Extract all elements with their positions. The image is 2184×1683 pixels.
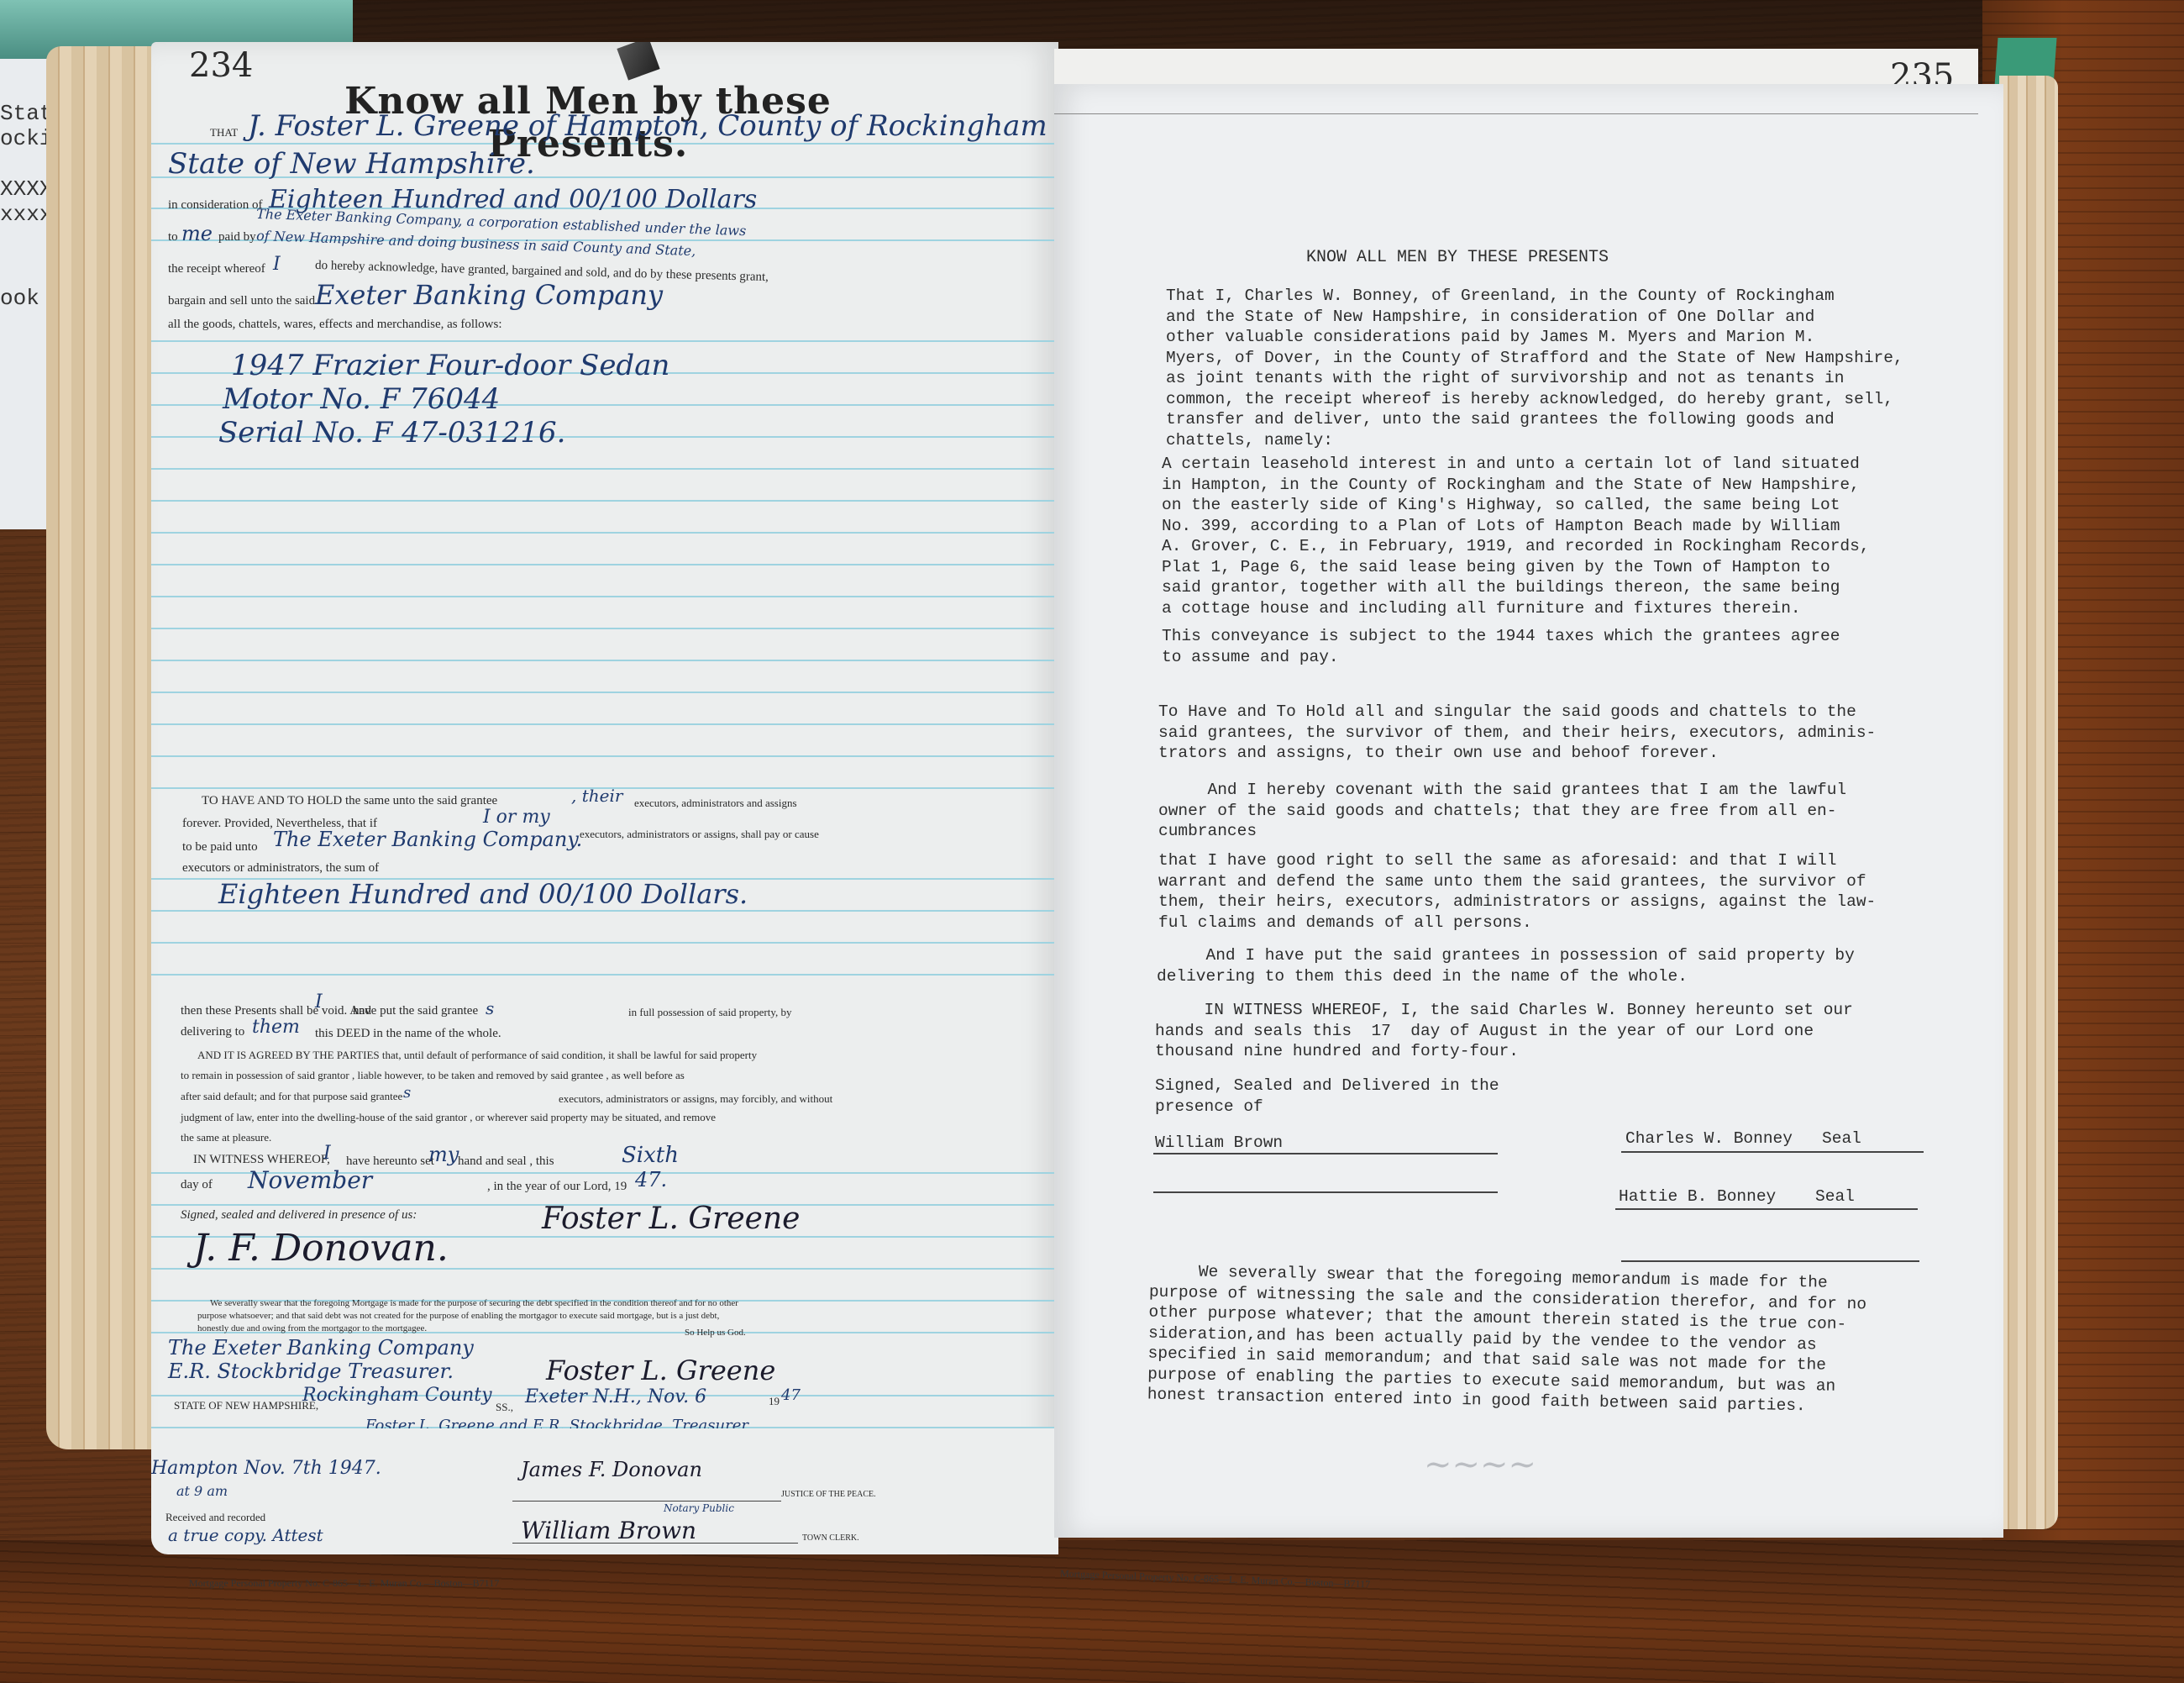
paragraph-conveyance: That I, Charles W. Bonney, of Greenland,… [1166,286,1903,450]
ruled-line [151,755,1058,757]
typed-line: And I have put the said grantees in poss… [1157,945,1855,966]
witness-name: William Brown [1155,1133,1283,1154]
ruled-line [151,628,1058,629]
oath-year-handwritten: 47 [781,1386,801,1404]
witness-label-c: hand and seal , this [458,1154,554,1169]
typed-line: transfer and deliver, unto the said gran… [1166,409,1903,430]
agreed-line-1: AND IT IS AGREED BY THE PARTIES that, un… [197,1049,757,1062]
grantor-state-handwritten: State of New Hampshire. [168,147,535,181]
paragraph-witness-whereof: IN WITNESS WHEREOF, I, the said Charles … [1155,1000,1853,1062]
signed-in-presence-label: Signed, sealed and delivered in presence… [181,1208,417,1223]
left-page-stack [46,46,160,1449]
typed-line: That I, Charles W. Bonney, of Greenland,… [1166,286,1903,307]
goods-line-3: Serial No. F 47-031216. [218,416,565,450]
typed-line: ful claims and demands of all persons. [1158,913,1876,934]
typed-line: trators and assigns, to their own use an… [1158,743,1876,764]
oath-sig-treasurer: E.R. Stockbridge Treasurer. [168,1360,454,1383]
typed-line: warrant and defend the same unto them th… [1158,871,1876,892]
typed-line: Myers, of Dover, in the County of Straff… [1166,348,1903,369]
typed-line: owner of the said goods and chattels; th… [1158,801,1846,822]
so-help-us-god: So Help us God. [685,1328,746,1338]
have-hold-handwritten-2: I or my [483,807,550,828]
day-of-label: day of [181,1178,213,1192]
void-line-c: in full possession of said property, by [628,1006,792,1019]
witness-day-handwritten: Sixth [622,1143,679,1168]
ruled-line [151,942,1058,944]
paragraph-have-hold: To Have and To Hold all and singular the… [1158,702,1876,764]
received-time-handwritten: at 9 am [176,1483,228,1499]
typed-line: on the easterly side of King's Highway, … [1162,495,1870,516]
signatory-1: Charles W. Bonney Seal [1625,1128,1861,1149]
paragraph-warrant: that I have good right to sell the same … [1158,850,1876,933]
signatory-2: Hattie B. Bonney Seal [1619,1186,1855,1207]
agreed-line-3b: executors, administrators or assigns, ma… [559,1092,832,1106]
oath-year-label: 19 [769,1395,780,1408]
typed-line: common, the receipt whereof is hereby ac… [1166,389,1903,410]
agreed-line-2: to remain in possession of said grantor … [181,1069,685,1082]
page-fold-line [1054,113,1978,114]
oath-sig-company: The Exeter Banking Company [168,1336,474,1360]
delivering-handwritten: them [252,1017,300,1038]
have-hold-line-4: executors or administrators, the sum of [182,861,379,876]
to-label: to [168,230,178,245]
witness-signature-line [1153,1153,1498,1154]
void-handwritten-2: s [486,998,494,1018]
witness-handwritten-2: my [428,1143,459,1166]
grantor-signature: Foster L. Greene [542,1202,800,1236]
oath-place-handwritten: Exeter N.H., Nov. 6 [525,1386,706,1407]
typed-line: cumbrances [1158,821,1846,842]
paragraph-covenant: And I hereby covenant with the said gran… [1158,780,1846,842]
void-handwritten-1: I [315,991,323,1012]
ruled-line [151,564,1058,565]
justice-signature: James F. Donovan [521,1458,702,1481]
typed-line: Signed, Sealed and Delivered in the [1155,1076,1499,1097]
typed-line: presence of [1155,1097,1499,1118]
paragraph-memorandum-oath: We severally swear that the foregoing me… [1147,1261,1867,1417]
ruled-line [151,340,1058,342]
left-page-bottom: Hampton Nov. 7th 1947. at 9 am Received … [151,1428,1058,1554]
month-handwritten: November [248,1166,372,1194]
typed-line: other valuable considerations paid by Ja… [1166,327,1903,348]
have-hold-line-1b: executors, administrators and assigns [634,797,797,810]
paid-by-label: paid by [218,230,256,245]
paragraph-possession: And I have put the said grantees in poss… [1157,945,1855,986]
have-hold-line-2b: executors, administrators or assigns, sh… [580,828,819,841]
payee-handwritten: The Exeter Banking Company. [273,828,582,851]
town-clerk-label: TOWN CLERK. [802,1533,859,1543]
typed-line: Plat 1, Page 6, the said lease being giv… [1162,557,1870,578]
agreed-line-3: after said default; and for that purpose… [181,1090,402,1103]
binder-clip [617,42,659,81]
oath-line-3: honestly due and owing from the mortgago… [197,1323,427,1333]
typed-line: thousand nine hundred and forty-four. [1155,1041,1853,1062]
faint-pencil-mark: ~~~~ [1424,1445,1536,1484]
received-label: Received and recorded [165,1511,265,1524]
year-label: , in the year of our Lord, 19 [487,1180,627,1194]
clerk-signature-line [512,1543,798,1544]
received-place-handwritten: Hampton Nov. 7th 1947. [151,1458,381,1479]
typed-line: hands and seals this 17 day of August in… [1155,1021,1853,1042]
delivering-line-b: this DEED in the name of the whole. [315,1027,501,1041]
agreed-line-5: the same at pleasure. [181,1131,271,1144]
have-hold-line-3: to be paid unto [182,840,258,855]
bargain-handwritten: Exeter Banking Company [315,279,663,311]
signatory-1-line [1621,1151,1924,1153]
oath-sig-grantor: Foster L. Greene [546,1354,775,1386]
typed-line: them, their heirs, executors, administra… [1158,891,1876,913]
ruled-line [151,692,1058,693]
agreed-line-4: judgment of law, enter into the dwelling… [181,1111,716,1124]
typed-line: chattels, namely: [1166,430,1903,451]
typed-line: to assume and pay. [1162,647,1840,668]
witness-handwritten-1: I [323,1143,331,1164]
ruled-line [151,910,1058,912]
goods-line-2: Motor No. F 76044 [223,382,500,416]
ss-label: SS., [496,1401,513,1414]
third-signature-line [1621,1260,1919,1262]
ruled-line [151,723,1058,725]
clerk-signature: William Brown [521,1517,696,1544]
state-label: STATE OF NEW HAMPSHIRE, [174,1399,318,1412]
ruled-line [151,532,1058,534]
that-label: THAT [210,126,238,139]
typed-line: said grantees, the survivor of them, and… [1158,723,1876,744]
typed-line: No. 399, according to a Plan of Lots of … [1162,516,1870,537]
delivering-line: delivering to [181,1025,244,1039]
agreed-handwritten: s [403,1084,411,1102]
void-line-b: have put the said grantee [353,1004,478,1018]
typed-line: To Have and To Hold all and singular the… [1158,702,1876,723]
ruled-line [151,500,1058,502]
grantor-handwritten: J. Foster L. Greene of Hampton, County o… [248,109,1047,143]
county-handwritten: Rockingham County [302,1385,492,1406]
goods-line-1: 1947 Frazier Four-door Sedan [231,349,669,382]
typed-line: as joint tenants with the right of survi… [1166,368,1903,389]
second-witness-line [1153,1191,1498,1193]
typed-line: in Hampton, in the County of Rockingham … [1162,475,1870,496]
typed-line: said grantor, together with all the buil… [1162,577,1870,598]
ruled-line [151,660,1058,661]
left-page-234: 234 Know all Men by these Presents. THAT… [151,42,1058,1496]
justice-sub-handwritten: Notary Public [664,1502,734,1514]
signatory-2-line [1615,1208,1918,1210]
ruled-line [151,596,1058,597]
goods-label: all the goods, chattels, wares, effects … [168,318,502,332]
right-page-235: KNOW ALL MEN BY THESE PRESENTS That I, C… [1054,84,2003,1538]
oath-line-2: purpose whatsoever; and that said debt w… [197,1311,719,1321]
typed-line: delivering to them this deed in the name… [1157,966,1855,987]
typed-line: IN WITNESS WHEREOF, I, the said Charles … [1155,1000,1853,1021]
typed-line: that I have good right to sell the same … [1158,850,1876,871]
typed-line: and the State of New Hampshire, in consi… [1166,307,1903,328]
have-hold-handwritten-1: , their [571,786,622,806]
witness-label: IN WITNESS WHEREOF, [193,1153,330,1167]
ruled-line [151,468,1058,470]
receipt-label: the receipt whereof [168,262,265,276]
typed-line: This conveyance is subject to the 1944 t… [1162,626,1840,647]
typed-heading: KNOW ALL MEN BY THESE PRESENTS [1306,248,1609,269]
left-page-imprint: Mortgage Personal Property No. C-865—L. … [189,1577,499,1590]
consideration-label: in consideration of [168,198,262,213]
paragraph-leasehold: A certain leasehold interest in and unto… [1162,454,1870,618]
year-handwritten: 47. [635,1168,667,1191]
ruled-line [151,974,1058,976]
attest-handwritten: a true copy. Attest [168,1525,323,1545]
witness-signature: J. F. Donovan. [193,1227,449,1270]
wood-table-bottom [0,1540,2184,1683]
bargain-label: bargain and sell unto the said [168,294,315,308]
oath-line-1: We severally swear that the foregoing Mo… [210,1298,738,1308]
justice-label: JUSTICE OF THE PEACE. [781,1490,876,1499]
typed-line: a cottage house and including all furnit… [1162,598,1870,619]
typed-line: A. Grover, C. E., in February, 1919, and… [1162,536,1870,557]
right-page-stack [1999,76,2058,1529]
to-me-handwritten: me [181,222,213,245]
receipt-handwritten: I [273,254,281,275]
justice-signature-line [512,1501,781,1502]
typed-line: A certain leasehold interest in and unto… [1162,454,1870,475]
sum-handwritten: Eighteen Hundred and 00/100 Dollars. [218,878,748,910]
signed-sealed-block: Signed, Sealed and Delivered in the pres… [1155,1076,1499,1117]
paragraph-taxes: This conveyance is subject to the 1944 t… [1162,626,1840,667]
have-hold-line-1: TO HAVE AND TO HOLD the same unto the sa… [202,794,497,808]
typed-line: And I hereby covenant with the said gran… [1158,780,1846,801]
